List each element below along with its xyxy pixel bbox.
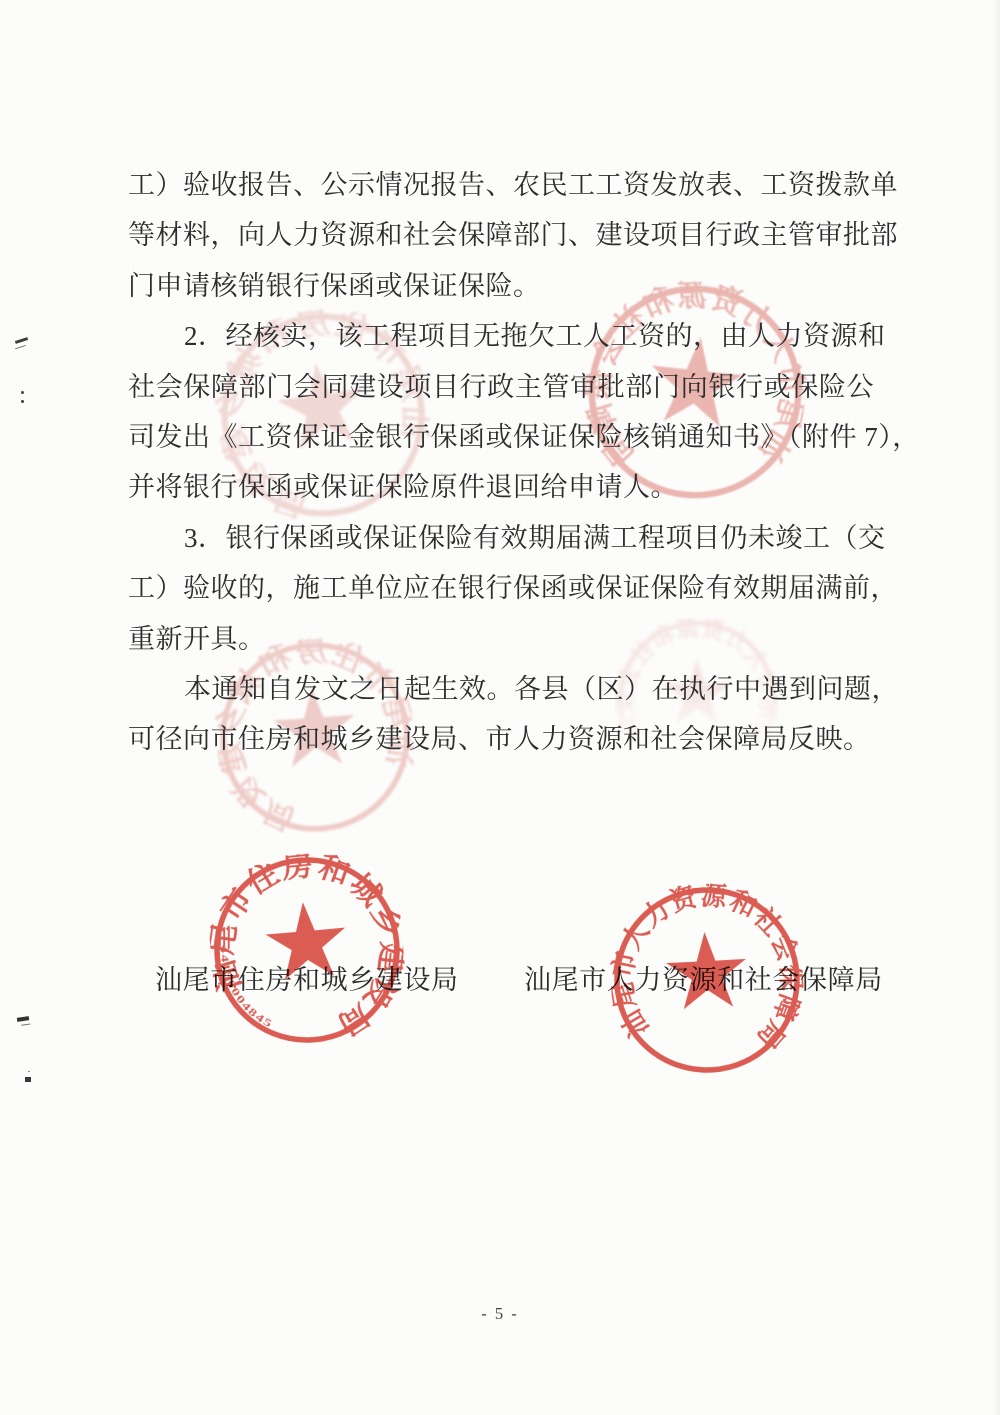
document-page: 汕尾市住房和城乡建设局 汕尾市人力资源和社会保障局 汕尾市住房和城乡建设局 汕尾… xyxy=(0,0,1000,1415)
body-line: 重新开具。 xyxy=(128,614,874,664)
page-number: - 5 - xyxy=(0,1304,1000,1324)
seal-housing-bureau: 汕尾市住房和城乡建设局 44150004845 xyxy=(203,846,411,1054)
star-icon xyxy=(263,899,349,982)
body-line: 工）验收的，施工单位应在银行保函或保证保险有效期届满前， xyxy=(128,563,874,613)
body-line: 司发出《工资保证金银行保函或保证保险核销通知书》（附件 7）， xyxy=(128,412,874,462)
body-line: 本通知自发文之日起生效。各县（区）在执行中遇到问题， xyxy=(128,664,874,714)
scan-edge-shadow xyxy=(992,0,1000,1415)
body-text: 工）验收报告、公示情况报告、农民工工资发放表、工资拨款单 等材料，向人力资源和社… xyxy=(128,160,874,765)
ink-speck xyxy=(21,391,24,394)
ink-speck xyxy=(25,1077,31,1082)
body-line: 社会保障部门会同建设项目行政主管审批部门向银行或保险公 xyxy=(128,362,874,412)
body-line: 门申请核销银行保函或保证保险。 xyxy=(128,261,874,311)
ink-speck xyxy=(15,337,28,344)
ink-speck xyxy=(17,1016,29,1022)
body-line: 工）验收报告、公示情况报告、农民工工资发放表、工资拨款单 xyxy=(128,160,874,210)
seal-hr-bureau: 汕尾市人力资源和社会保障局 xyxy=(606,879,808,1081)
star-icon xyxy=(665,930,749,1010)
body-line: 并将银行保函或保证保险原件退回给申请人。 xyxy=(128,462,874,512)
body-line: 2．经核实，该工程项目无拖欠工人工资的，由人力资源和 xyxy=(128,311,874,361)
body-line: 可径向市住房和城乡建设局、市人力资源和社会保障局反映。 xyxy=(128,714,874,764)
body-line: 等材料，向人力资源和社会保障部门、建设项目行政主管审批部 xyxy=(128,210,874,260)
body-line: 3．银行保函或保证保险有效期届满工程项目仍未竣工（交 xyxy=(128,513,874,563)
